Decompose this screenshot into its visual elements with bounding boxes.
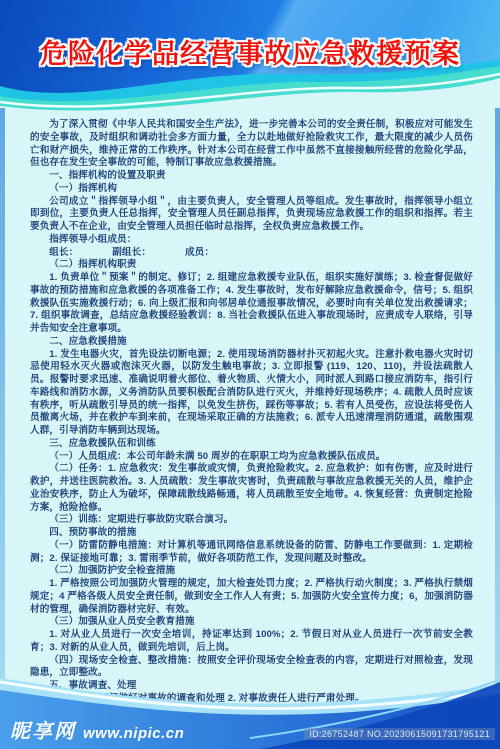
paragraph: （一）人员组成：本公司年龄未满 50 周岁的在职职工均为应急救援队伍成员。 [30, 451, 473, 464]
paragraph: 1. 严格按照公司加强防火管理的规定，加大检查处罚力度；2. 严格执行动火制度；… [30, 578, 473, 616]
paragraph: 组长： 副组长： 成员： [30, 247, 473, 260]
section-heading: 二、应急救援措施 [30, 336, 473, 349]
paragraph: 1. 发生电器火灾，首先设法切断电源；2. 使用现场消防器材扑灭初起火灾。注意扑… [30, 349, 473, 438]
paragraph: （三）训练：定期进行事故防灾联合演习。 [30, 514, 473, 527]
paragraph: 公司成立＂指挥领导小组＂，由主要负责人，安全管理人员等组成。发生事故时，指挥领导… [30, 196, 473, 234]
section-heading: （一）指挥机构 [30, 183, 473, 196]
section-heading: （三）加强从业人员安全教育措施 [30, 616, 473, 629]
content-panel: 为了深入贯彻《中华人民共和国安全生产法》，进一步完善本公司的安全责任制，积极应对… [30, 119, 473, 706]
poster: 危险化学品经营事故应急救援预案 为了深入贯彻《中华人民共和国安全生产法》，进一步… [0, 0, 500, 749]
watermark: 昵享网 www.nipic.cn [10, 715, 184, 744]
paragraph: 1. 对从业人员进行一次安全培训，持证率达到 100%；2. 节假日对从业人员进… [30, 629, 473, 655]
section-heading: （二）指挥机构职责 [30, 259, 473, 272]
paragraph: （二）任务：1. 应急救灾：发生事故或灾情，负责抢险救灾。2. 应急救护：如有伤… [30, 463, 473, 514]
page-title: 危险化学品经营事故应急救援预案 [0, 32, 500, 71]
section-heading: （二）加强防护安全检查措施 [30, 565, 473, 578]
paragraph: 1. 负责单位＂预案＂的制定、修订；2. 组建应急救援专业队伍，组织实施好演练；… [30, 272, 473, 336]
image-id-badge: ID:26752487 NO.20230615091731795121 [304, 728, 495, 740]
site-logo: 昵享网 [10, 715, 76, 744]
section-heading: 一、指挥机构的设置及职责 [30, 170, 473, 183]
paragraph: 为了深入贯彻《中华人民共和国安全生产法》，进一步完善本公司的安全责任制，积极应对… [30, 119, 473, 170]
right-edge-decoration [495, 108, 500, 697]
section-heading: 四、预防事故的措施 [30, 527, 473, 540]
paragraph: （一）防雷防静电措施：对计算机等通讯网络信息系统设备的防雷、防静电工作要做到：1… [30, 540, 473, 566]
paragraph: 指挥领导小组成员： [30, 234, 473, 247]
site-url: www.nipic.cn [83, 725, 184, 742]
section-heading: 三、应急救援队伍和训练 [30, 438, 473, 451]
left-edge-decoration [0, 108, 5, 697]
